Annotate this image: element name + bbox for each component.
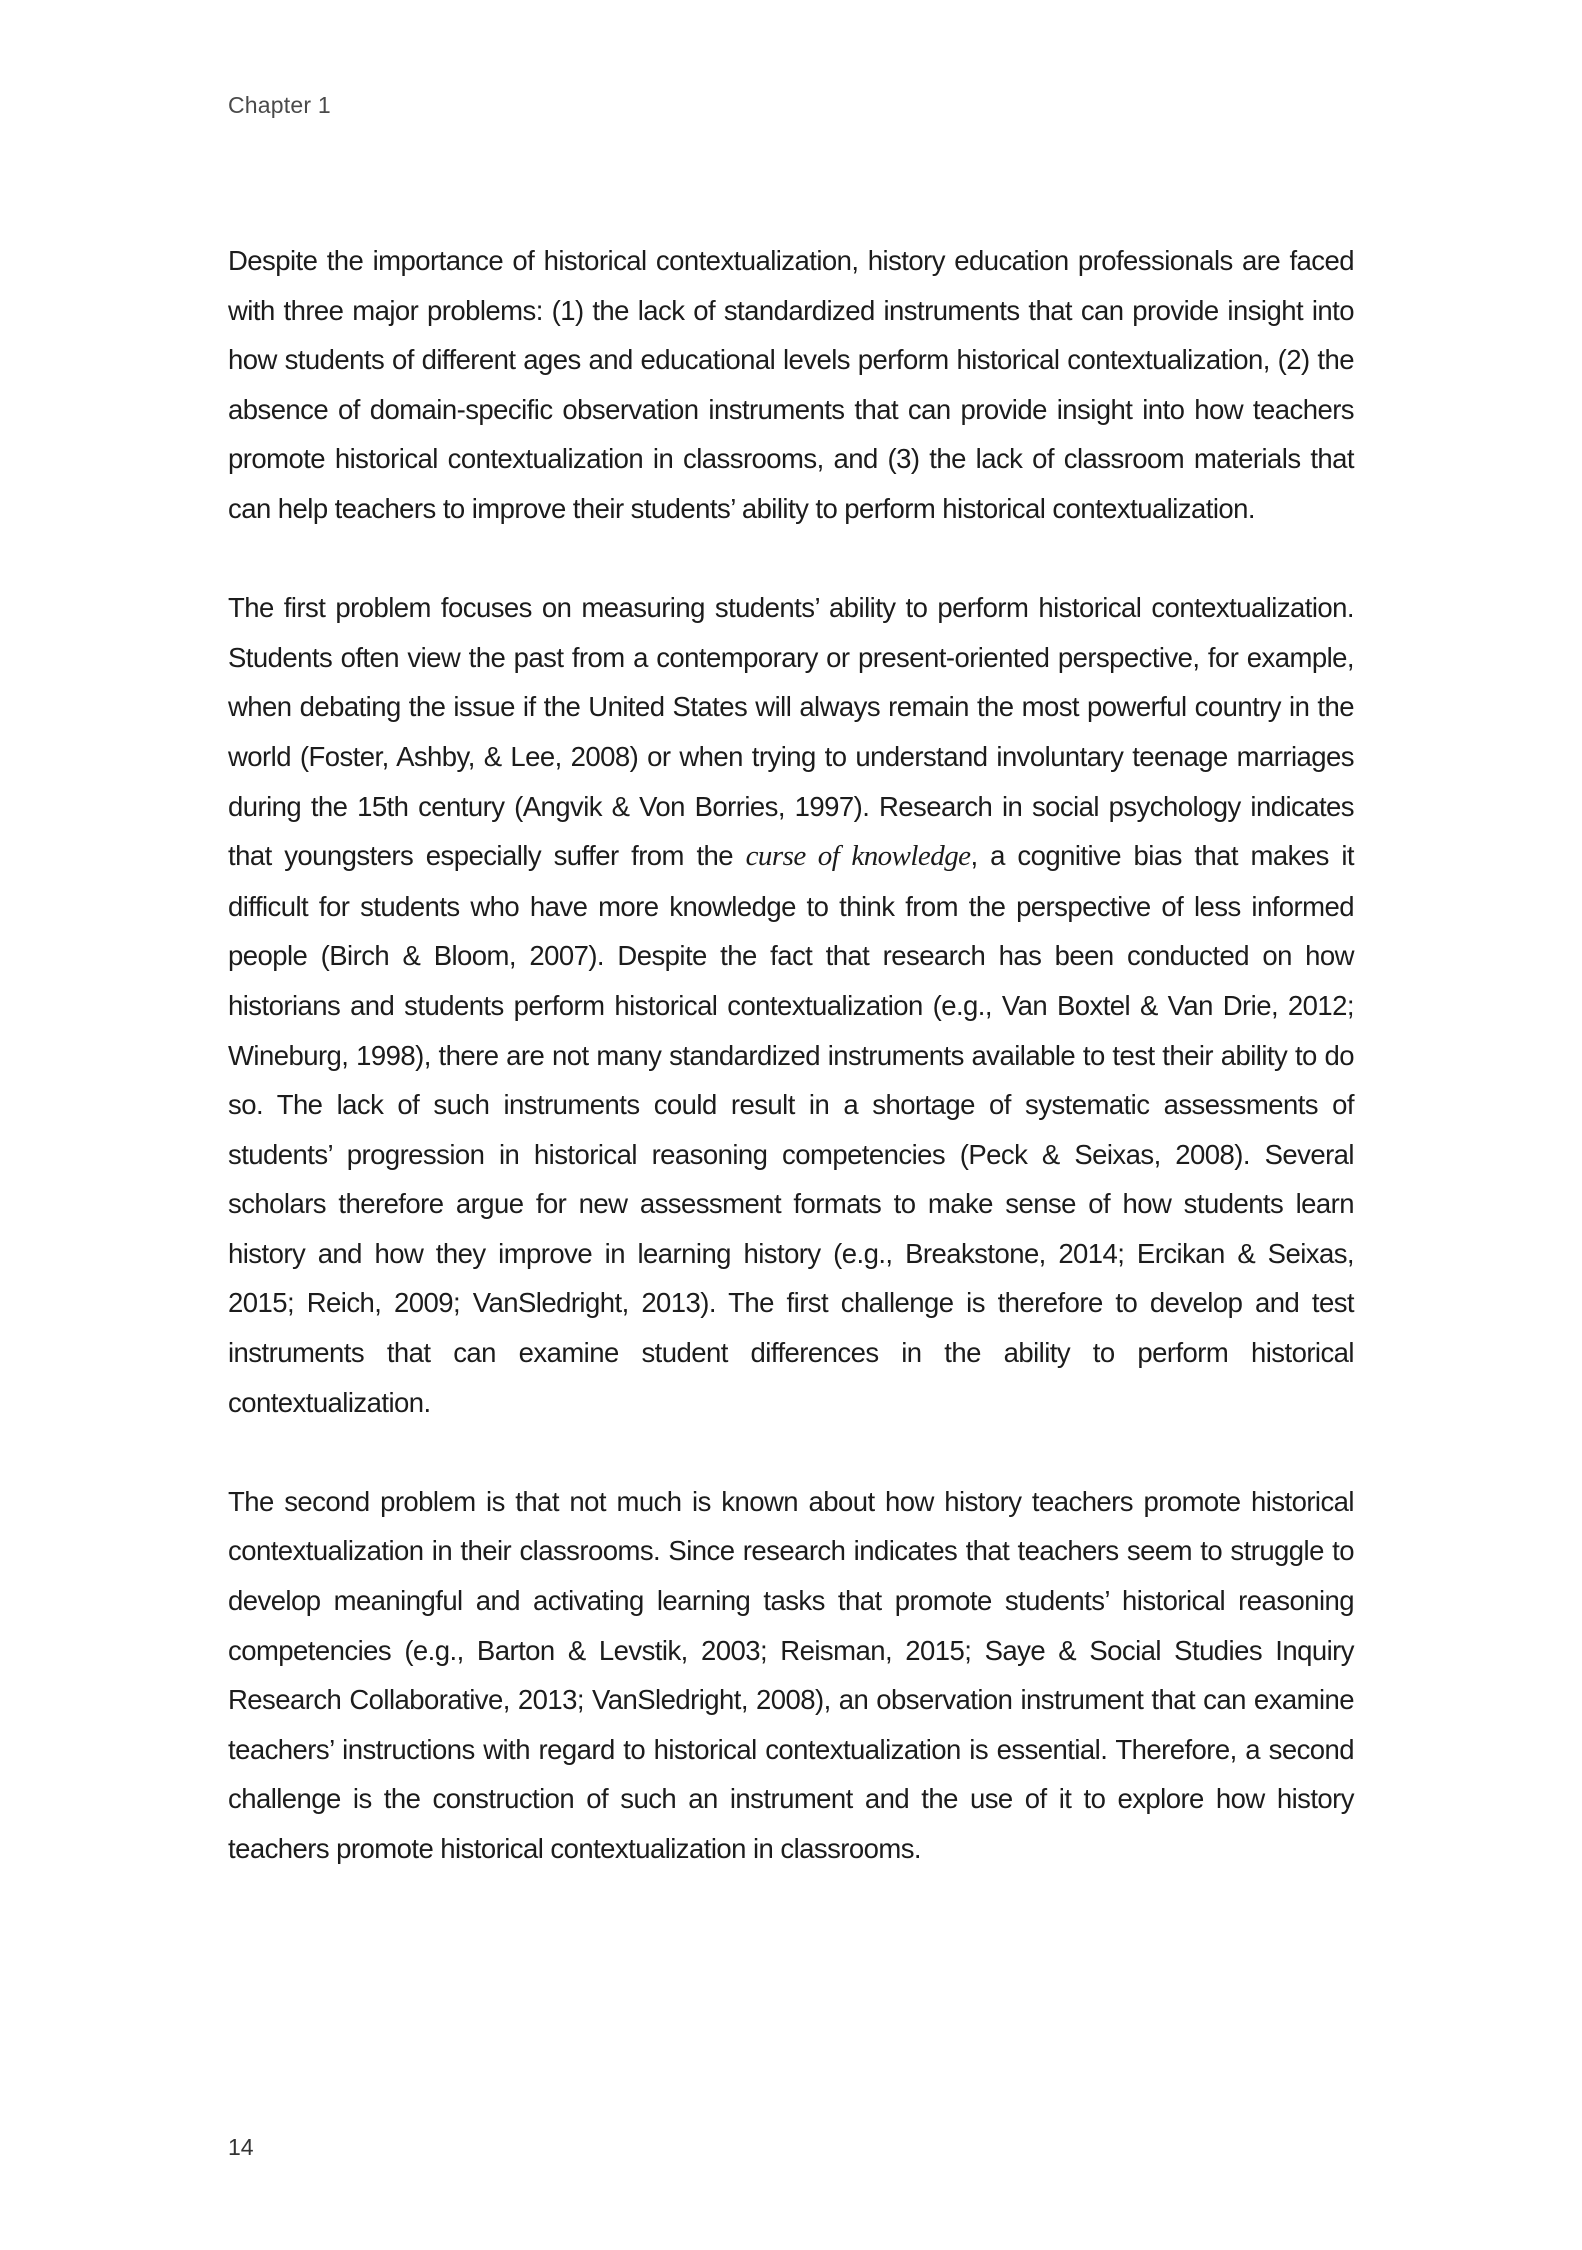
paragraph-second-problem: The second problem is that not much is k…: [228, 1477, 1354, 1874]
paragraph-first-problem: The first problem focuses on measuring s…: [228, 583, 1354, 1427]
body-text: Despite the importance of historical con…: [228, 236, 1354, 1923]
paragraph-problems-overview: Despite the importance of historical con…: [228, 236, 1354, 534]
paragraph-text-segment: The first problem focuses on measuring s…: [228, 592, 1354, 871]
running-header-chapter-title: Chapter 1: [228, 92, 331, 119]
page-number: 14: [228, 2134, 254, 2161]
italic-term-curse-of-knowledge: curse of knowledge: [746, 840, 971, 872]
paragraph-text-segment: , a cognitive bias that makes it difficu…: [228, 840, 1354, 1418]
